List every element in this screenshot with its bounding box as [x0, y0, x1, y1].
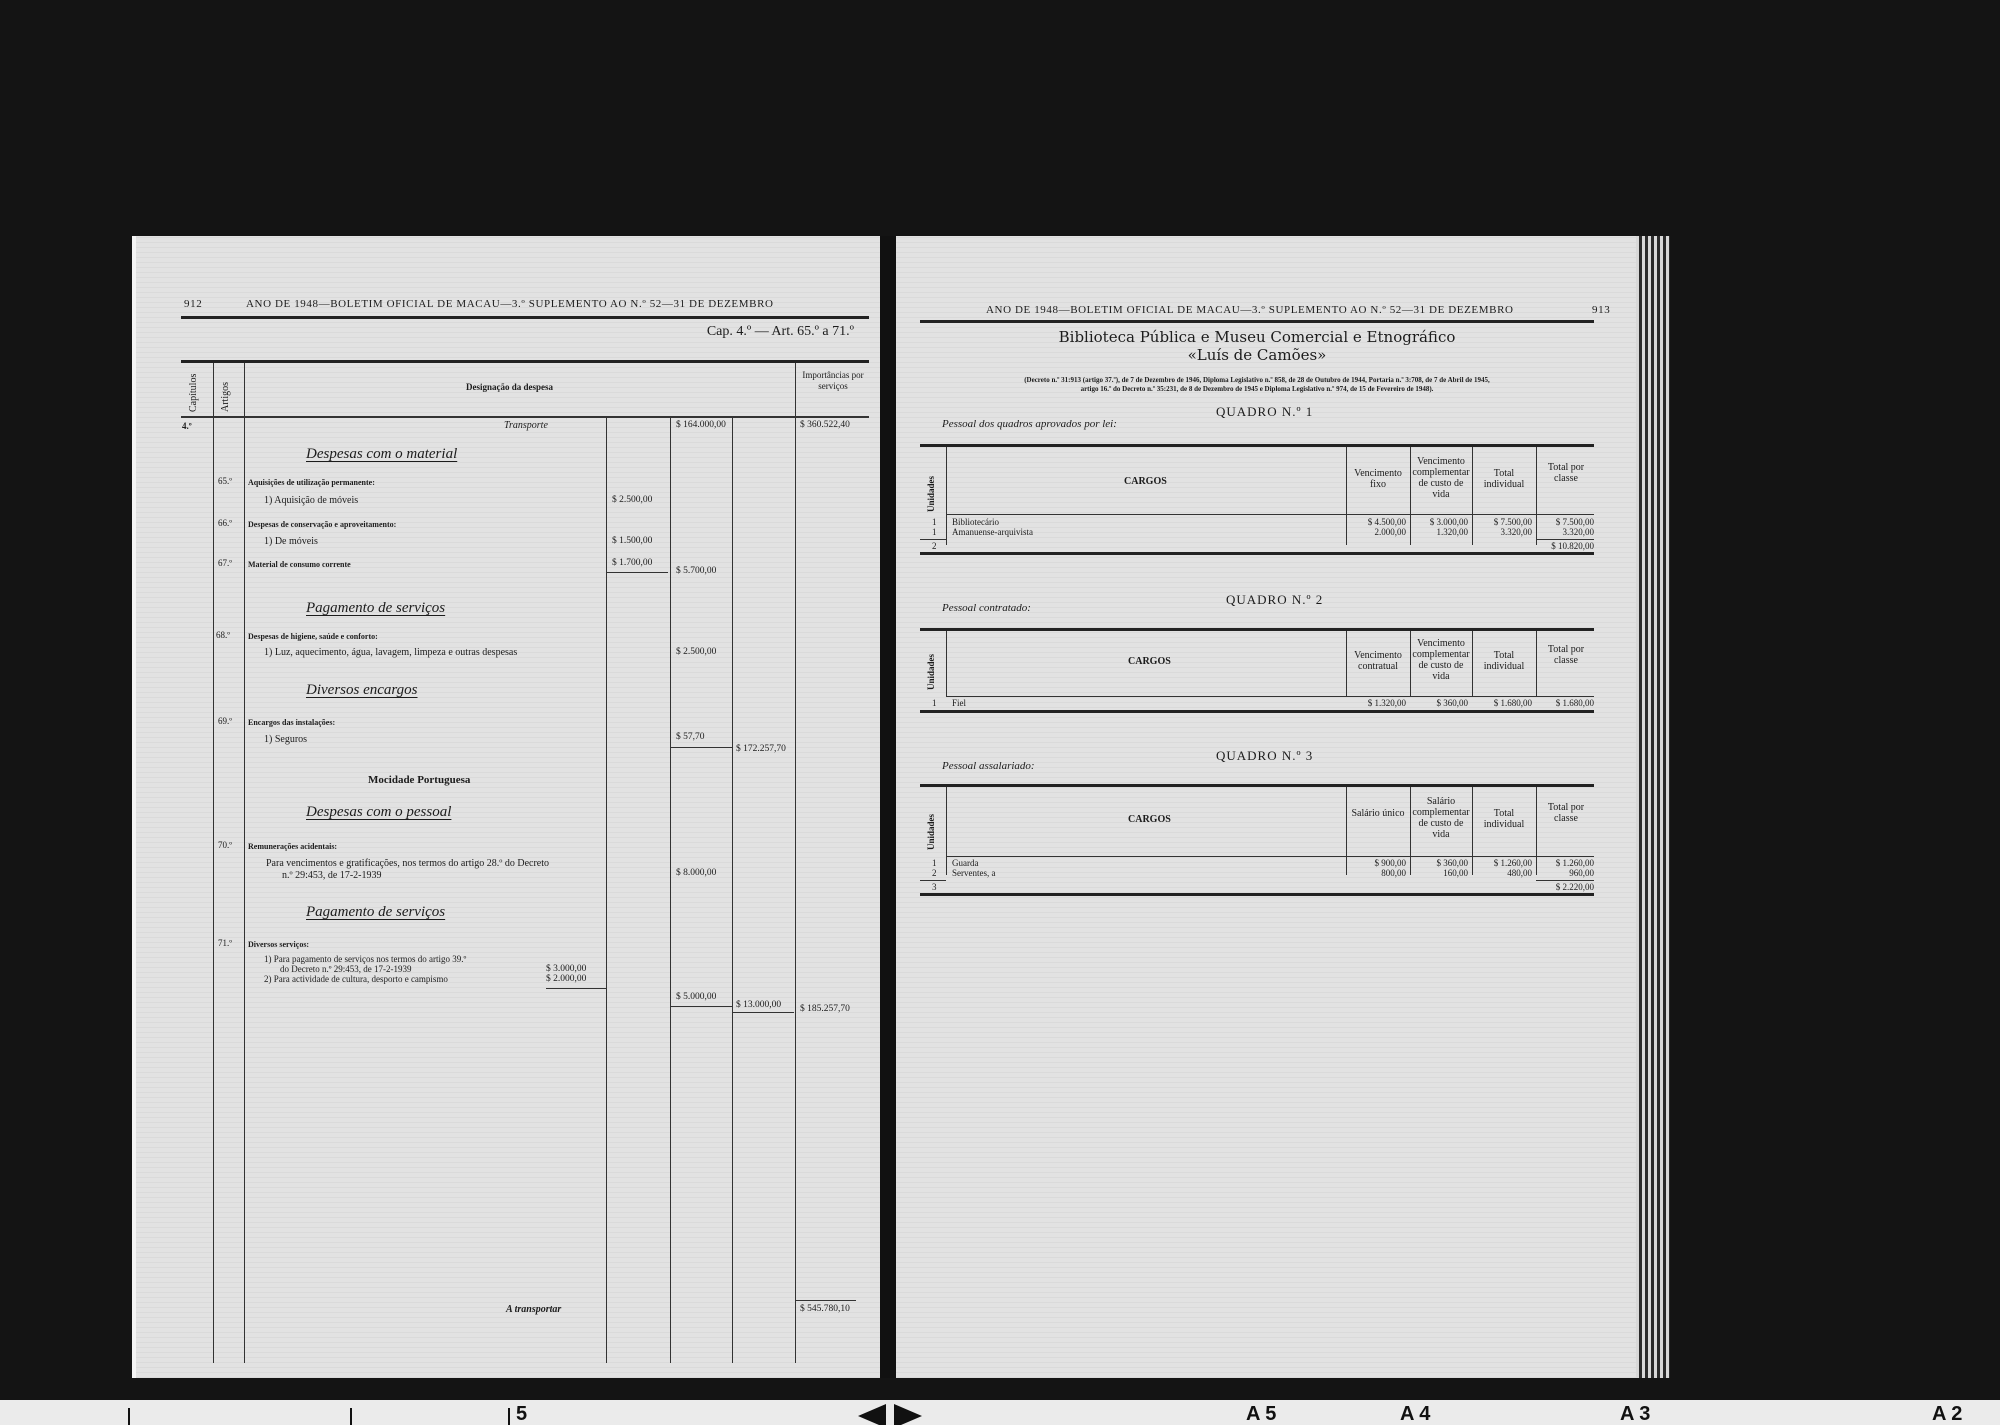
header-col: Salário único	[1348, 808, 1408, 819]
col-line	[1472, 447, 1473, 545]
page-number: 912	[184, 298, 202, 310]
cell-cargo: Bibliotecário	[952, 517, 999, 527]
transport-col5: $ 360.522,40	[800, 420, 850, 430]
ruler-label: A 2	[1932, 1403, 1962, 1425]
header-col: Total por classe	[1538, 462, 1594, 484]
article-amount: $ 2.500,00	[612, 495, 652, 505]
col-line	[795, 363, 796, 1363]
cell-amount: $ 1.680,00	[1538, 698, 1594, 708]
section-heading-bold: Mocidade Portuguesa	[368, 774, 470, 786]
header-artigos: Artigos	[220, 366, 231, 412]
sum-rule	[732, 1012, 794, 1013]
cell-units: 1	[932, 698, 937, 708]
table-bottom-rule	[920, 893, 1594, 896]
cell-amount: 3.320,00	[1538, 527, 1594, 537]
sum-rule	[546, 988, 606, 989]
article-item: 1) Seguros	[264, 734, 307, 745]
table-top-rule	[920, 784, 1594, 787]
cell-amount: $ 360,00	[1412, 698, 1468, 708]
header-capitulos: Capítulos	[188, 366, 199, 412]
header-col: Salário complementar de custo de vida	[1412, 796, 1470, 840]
legal-reference: (Decreto n.º 31:913 (artigo 37.º), de 7 …	[920, 376, 1594, 394]
table-top-rule	[920, 444, 1594, 447]
cell-amount: 480,00	[1476, 868, 1532, 878]
header-col: Total individual	[1474, 468, 1534, 490]
right-page: ANO DE 1948—BOLETIM OFICIAL DE MACAU—3.º…	[896, 236, 1636, 1378]
col-line	[732, 416, 733, 1363]
col-line	[1472, 787, 1473, 875]
quadro-title: QUADRO N.º 1	[1216, 404, 1313, 420]
ruler-label: 5	[516, 1403, 527, 1425]
article-number: 65.º	[218, 476, 232, 486]
header-cargos: CARGOS	[1128, 814, 1171, 825]
quadro-title: QUADRO N.º 2	[1226, 592, 1323, 608]
left-page: 912 ANO DE 1948—BOLETIM OFICIAL DE MACAU…	[132, 236, 880, 1378]
header-cargos: CARGOS	[1128, 656, 1171, 667]
article-title: Remunerações acidentais:	[248, 842, 337, 851]
article-subtotal: $ 172.257,70	[736, 744, 786, 754]
col-line	[1410, 631, 1411, 697]
running-head: ANO DE 1948—BOLETIM OFICIAL DE MACAU—3.º…	[246, 298, 774, 310]
article-number: 66.º	[218, 518, 232, 528]
legal-ref-line: (Decreto n.º 31:913 (artigo 37.º), de 7 …	[920, 376, 1594, 385]
table-top-rule	[181, 360, 869, 363]
cell-amount: $ 4.500,00	[1350, 517, 1406, 527]
cell-cargo: Amanuense-arquivista	[952, 527, 1033, 537]
article-item: n.º 29:453, de 17-2-1939	[282, 870, 381, 881]
col-line	[1346, 447, 1347, 545]
right-arrow-icon	[894, 1404, 922, 1425]
cell-cargo: Guarda	[952, 858, 979, 868]
col-line	[1536, 447, 1537, 545]
col-line	[1346, 787, 1347, 875]
col-line	[1536, 631, 1537, 697]
header-col: Total individual	[1474, 650, 1534, 672]
article-amount: $ 1.700,00	[612, 558, 652, 568]
total-amount: $ 10.820,00	[1538, 541, 1594, 551]
article-title: Diversos serviços:	[248, 940, 309, 949]
section-heading: Pagamento de serviços	[306, 600, 445, 617]
quadro-title: QUADRO N.º 3	[1216, 748, 1313, 764]
divider	[920, 320, 1594, 323]
header-col: Total por classe	[1538, 802, 1594, 824]
article-number: 71.º	[218, 938, 232, 948]
row-rule	[920, 880, 946, 881]
page-number: 913	[1592, 304, 1610, 316]
cell-amount: 3.320,00	[1476, 527, 1532, 537]
quadro-subtitle: Pessoal dos quadros aprovados por lei:	[942, 418, 1117, 430]
col-line	[946, 787, 947, 875]
cell-units: 1	[932, 517, 937, 527]
cell-units: 2	[932, 868, 937, 878]
cell-amount: 2.000,00	[1350, 527, 1406, 537]
header-unidades: Unidades	[926, 800, 936, 850]
section-heading: Diversos encargos	[306, 682, 418, 699]
cell-amount: $ 7.500,00	[1476, 517, 1532, 527]
col-line	[1536, 787, 1537, 875]
legal-ref-line: artigo 16.º do Decreto n.º 35:231, de 8 …	[920, 385, 1594, 394]
cell-amount: 160,00	[1412, 868, 1468, 878]
cell-amount: $ 1.260,00	[1476, 858, 1532, 868]
col-line	[1410, 447, 1411, 545]
header-unidades: Unidades	[926, 462, 936, 512]
article-title: Aquisições de utilização permanente:	[248, 478, 375, 487]
row-rule	[920, 539, 946, 540]
header-col: Total por classe	[1538, 644, 1594, 666]
article-amount: $ 2.000,00	[546, 974, 586, 984]
capitulo-number: 4.º	[182, 421, 192, 431]
section-heading: Pagamento de serviços	[306, 904, 445, 921]
cell-amount: 960,00	[1538, 868, 1594, 878]
col-line	[1346, 631, 1347, 697]
article-subtotal: $ 5.000,00	[676, 992, 716, 1002]
carry-forward-amount: $ 545.780,10	[800, 1304, 850, 1314]
article-item: 1) De móveis	[264, 536, 318, 547]
article-amount: $ 3.000,00	[546, 964, 586, 974]
header-col: Vencimento complementar de custo de vida	[1412, 638, 1470, 682]
running-head: ANO DE 1948—BOLETIM OFICIAL DE MACAU—3.º…	[986, 304, 1514, 316]
article-item: do Decreto n.º 29:453, de 17-2-1939	[280, 964, 412, 974]
article-title: Encargos das instalações:	[248, 718, 335, 727]
transport-col3: $ 164.000,00	[676, 420, 726, 430]
article-item: Para vencimentos e gratificações, nos te…	[266, 858, 549, 869]
ruler-tick	[350, 1408, 352, 1425]
article-subtotal: $ 5.700,00	[676, 566, 716, 576]
cell-units: 1	[932, 527, 937, 537]
col-line	[213, 363, 214, 1363]
article-amount: $ 2.500,00	[676, 647, 716, 657]
article-item: 1) Para pagamento de serviços nos termos…	[264, 954, 466, 964]
ruler-label: A 3	[1620, 1403, 1650, 1425]
cell-units: 1	[932, 858, 937, 868]
page-edges	[1636, 236, 1670, 1378]
row-rule	[1536, 880, 1594, 881]
article-number: 67.º	[218, 558, 232, 568]
header-designacao: Designação da despesa	[466, 382, 553, 392]
cell-amount: $ 7.500,00	[1538, 517, 1594, 527]
ruler-tick	[128, 1408, 130, 1425]
header-col: Vencimento contratual	[1348, 650, 1408, 672]
sum-rule	[796, 1300, 856, 1301]
quadro-subtitle: Pessoal contratado:	[942, 602, 1031, 614]
row-rule	[946, 696, 1594, 697]
row-rule	[946, 514, 1594, 515]
table-bottom-rule	[920, 552, 1594, 555]
article-amount: $ 57,70	[676, 732, 705, 742]
cell-cargo: Fiel	[952, 698, 966, 708]
table-bottom	[181, 1363, 869, 1364]
article-subtotal: $ 185.257,70	[800, 1004, 850, 1014]
article-subtotal: $ 13.000,00	[736, 1000, 781, 1010]
title-line1: Biblioteca Pública e Museu Comercial e E…	[920, 328, 1594, 346]
header-importancias: Importâncias por serviços	[798, 370, 868, 392]
scan-ruler: 5 A 5 A 4 A 3 A 2	[0, 1400, 2000, 1425]
table-bottom-rule	[920, 710, 1594, 713]
article-title: Material de consumo corrente	[248, 560, 351, 569]
ruler-label: A 4	[1400, 1403, 1430, 1425]
carry-forward-label: A transportar	[506, 1304, 561, 1315]
section-reference: Cap. 4.º — Art. 65.º a 71.º	[707, 324, 854, 340]
article-number: 69.º	[218, 716, 232, 726]
table-header-rule	[181, 416, 869, 418]
transport-label: Transporte	[504, 420, 548, 431]
section-heading: Despesas com o pessoal	[306, 804, 451, 821]
total-units: 3	[932, 882, 937, 892]
article-item: 2) Para actividade de cultura, desporto …	[264, 974, 448, 984]
article-amount: $ 8.000,00	[676, 868, 716, 878]
ruler-label: A 5	[1246, 1403, 1276, 1425]
cell-amount: $ 1.320,00	[1350, 698, 1406, 708]
sum-rule	[670, 1006, 732, 1007]
header-unidades: Unidades	[926, 640, 936, 690]
title-line2: «Luís de Camões»	[920, 346, 1594, 364]
divider	[181, 316, 869, 319]
sum-rule	[606, 572, 668, 573]
cell-amount: $ 3.000,00	[1412, 517, 1468, 527]
col-line	[1410, 787, 1411, 875]
section-heading: Despesas com o material	[306, 446, 457, 463]
header-col: Vencimento fixo	[1348, 468, 1408, 490]
quadro-subtitle: Pessoal assalariado:	[942, 760, 1035, 772]
sum-rule	[670, 747, 732, 748]
row-rule	[1536, 539, 1594, 540]
left-arrow-icon	[858, 1404, 886, 1425]
header-col: Total individual	[1474, 808, 1534, 830]
total-units: 2	[932, 541, 937, 551]
header-col: Vencimento complementar de custo de vida	[1412, 456, 1470, 500]
ruler-tick	[508, 1408, 510, 1425]
col-line	[606, 416, 607, 1363]
col-line	[244, 363, 245, 1363]
institution-title: Biblioteca Pública e Museu Comercial e E…	[920, 328, 1594, 364]
row-rule	[946, 856, 1594, 857]
article-number: 68.º	[216, 630, 230, 640]
cell-cargo: Serventes, a	[952, 868, 995, 878]
cell-amount: 1.320,00	[1412, 527, 1468, 537]
cell-amount: $ 1.680,00	[1476, 698, 1532, 708]
article-title: Despesas de higiene, saúde e conforto:	[248, 632, 378, 641]
cell-amount: $ 1.260,00	[1538, 858, 1594, 868]
header-cargos: CARGOS	[1124, 476, 1167, 487]
total-amount: $ 2.220,00	[1538, 882, 1594, 892]
col-line	[946, 631, 947, 697]
col-line	[946, 447, 947, 545]
table-top-rule	[920, 628, 1594, 631]
cell-amount: $ 900,00	[1350, 858, 1406, 868]
col-line	[670, 416, 671, 1363]
col-line	[1472, 631, 1473, 697]
article-number: 70.º	[218, 840, 232, 850]
article-item: 1) Luz, aquecimento, água, lavagem, limp…	[264, 647, 517, 658]
cell-amount: 800,00	[1350, 868, 1406, 878]
article-item: 1) Aquisição de móveis	[264, 495, 358, 506]
article-title: Despesas de conservação e aproveitamento…	[248, 520, 396, 529]
cell-amount: $ 360,00	[1412, 858, 1468, 868]
article-amount: $ 1.500,00	[612, 536, 652, 546]
